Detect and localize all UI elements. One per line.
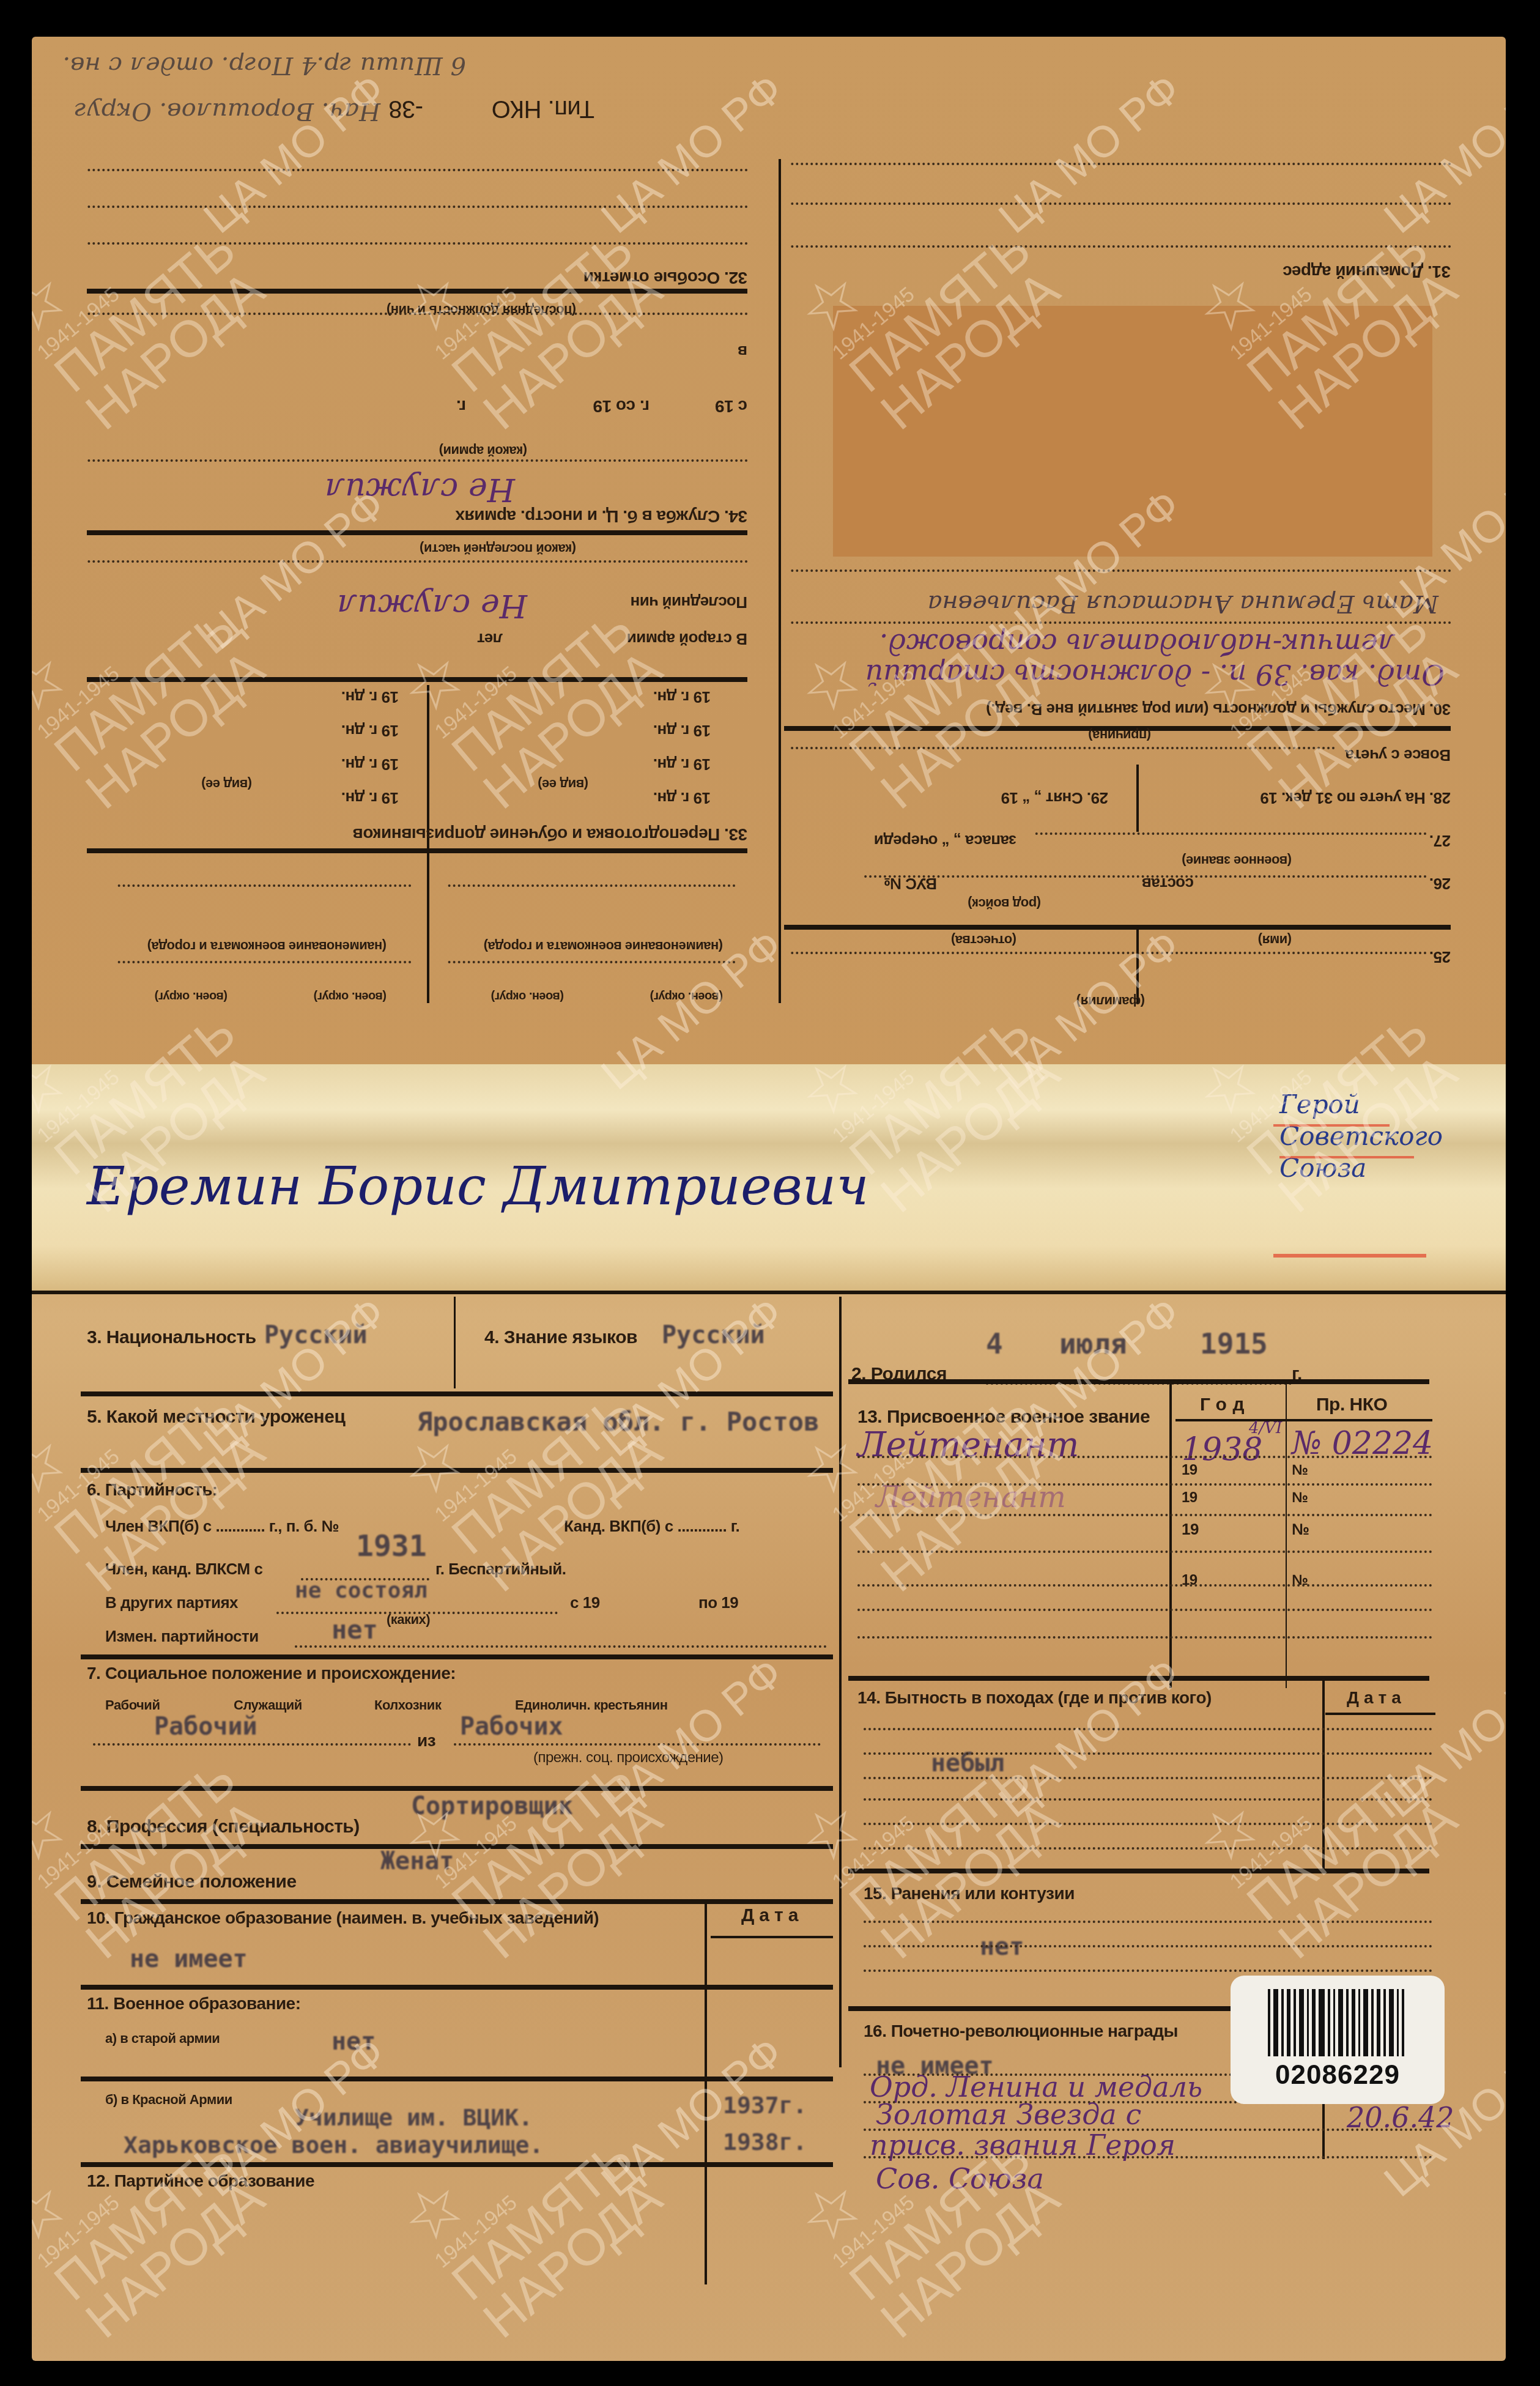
item-9-label: 9. Семейное положение (87, 1872, 297, 1892)
red-army-edu-date-1: 1937г. (723, 2092, 807, 2119)
redacted-block (833, 306, 1432, 557)
row-num-4: № (1292, 1520, 1309, 1539)
item-13-year-header: Год (1200, 1395, 1251, 1415)
item-4-label: 4. Знание языков (484, 1327, 637, 1348)
row-year-2: 19 (1182, 1462, 1198, 1479)
personnel-card: Тип. НКО -38 Нач. Ворошилов. Округ 6 Шиш… (32, 37, 1506, 2361)
reserve-label: запаса „ “ очереди (874, 831, 1016, 850)
upside-down-section: Тип. НКО -38 Нач. Ворошилов. Округ 6 Шиш… (32, 37, 1506, 1064)
okrug-hint-3: (воен. округ) (314, 989, 387, 1003)
archive-watermark: ЦА МО РФ (592, 1648, 793, 1828)
origin-hint: (прежн. соц. происхождение) (533, 1749, 724, 1766)
item-33-row-7: 19 г. дн. (341, 755, 399, 774)
item-33-row-4: 19 г. дн. (653, 788, 711, 807)
item-30-handwritten-1: Отд. кав. 39 п. - должность старший (865, 658, 1445, 691)
barcode-number: 02086229 (1275, 2060, 1400, 2091)
other-parties-hint: (каких) (387, 1612, 430, 1628)
item-13-order-header: Пр. НКО (1316, 1395, 1387, 1415)
change-party-label: Измен. партийности (105, 1627, 259, 1646)
item-6-label: 6. Партийность: (87, 1480, 218, 1500)
item-2-month: июля (1059, 1327, 1127, 1360)
archive-watermark: ЦА МО РФ (194, 1287, 395, 1467)
item-12-label: 12. Партийное образование (87, 2171, 314, 2191)
rank-year-note: 4/VI (1249, 1419, 1282, 1437)
option-collective-farmer: Колхозник (374, 1697, 441, 1713)
composition-label: состав (1142, 874, 1194, 893)
position-hint: (последняя должность и чин) (387, 302, 576, 318)
vkpb-candidate: Канд. ВКП(б) с ............ г. (564, 1517, 739, 1536)
item-34-from-suffix: г. со 19 (593, 396, 650, 416)
award-line-4: Сов. Союза (876, 2162, 1044, 2195)
name-strip: Еремин Борис Дмитриевич Герой Советского… (32, 1064, 1506, 1291)
item-15-label: 15. Ранения или контузии (864, 1884, 1075, 1903)
red-army-edu-line-1: Училище им. ВЦИК. (295, 2104, 533, 2131)
annotation-line-1: Герой (1279, 1089, 1443, 1121)
item-7-label: 7. Социальное положение и происхождение: (87, 1664, 456, 1683)
item-33-row-8: 19 г. дн. (341, 788, 399, 807)
archive-watermark: ЦА МО РФ (592, 1287, 793, 1467)
last-unit-hint: (какой последней части) (420, 541, 576, 557)
old-army-edu-value: нет (331, 2028, 376, 2056)
item-32-label: 32. Особые отметки (583, 268, 747, 287)
mother-handwritten: Мать Еремина Анастасия Васильевна (928, 590, 1438, 618)
vlksm-year: 1931 (356, 1529, 427, 1563)
item-34-from: с 19 (716, 396, 748, 416)
item-29-label: 29. Снят „ “ 19 (1001, 788, 1108, 807)
other-parties-from: с 19 (570, 1593, 600, 1612)
origin-value: Рабочих (460, 1713, 563, 1741)
hero-annotation: Герой Советского Союза (1279, 1089, 1443, 1184)
item-7-value: Рабочий (154, 1713, 257, 1741)
red-army-edu-line-2: Харьковское воен. авиаучилище. (124, 2132, 543, 2158)
printer-mark: Тип. НКО (492, 95, 594, 122)
from-label: из (417, 1731, 435, 1751)
army-hint: (какой армии) (439, 443, 527, 459)
row-year-3: 19 (1182, 1489, 1198, 1506)
item-14-label: 14. Бытность в походах (где и против ког… (857, 1688, 1212, 1708)
item-28-label: 28. На учете по 31 дек. 19 (1261, 788, 1451, 807)
project-watermark: ☆1941-1945ПАМЯТЬНАРОДА (32, 2068, 275, 2346)
item-10-date-header: Дата (741, 1905, 803, 1926)
surname-hint: (фамилия) (1076, 993, 1145, 1009)
komissariat-hint-2: (наименование военкомата и города) (147, 938, 387, 954)
last-rank-label: Последний чин (631, 593, 747, 612)
item-33-hint: (вид ее) (538, 776, 588, 792)
item-13-label: 13. Присвоенное военное звание (857, 1407, 1150, 1428)
old-army-edu-label: а) в старой армии (105, 2031, 220, 2047)
project-watermark: ☆1941-1945ПАМЯТЬНАРОДА (390, 1322, 672, 1599)
handwritten-note-1: Нач. Ворошилов. Округ (75, 97, 380, 125)
vlksm-label: Член, канд. ВЛКСМ с (105, 1560, 262, 1579)
item-33-label: 33. Переподготовка и обучение допризывни… (353, 824, 747, 844)
item-3-value: Русский (264, 1321, 368, 1349)
other-parties-label: В других партиях (105, 1593, 238, 1612)
other-parties-to: по 19 (698, 1593, 738, 1612)
item-16-label: 16. Почетно-революционные награды (864, 2021, 1178, 2041)
item-2-day: 4 (986, 1327, 1003, 1360)
red-army-edu-date-2: 1938г. (723, 2129, 807, 2155)
item-34-label: 34. Служба в б. Ц. и иностр. армиях (456, 506, 747, 526)
item-34-handwritten: Не служил (325, 471, 515, 508)
item-33-row-2: 19 г. дн. (653, 721, 711, 740)
other-parties-value: не состоял (295, 1578, 428, 1603)
option-peasant: Единоличн. крестьянин (515, 1697, 668, 1713)
item-33-row-6: 19 г. дн. (341, 721, 399, 740)
item-25-label: 25. (1429, 947, 1451, 966)
item-8-value: Сортировщик (411, 1792, 573, 1820)
item-4-value: Русский (662, 1321, 765, 1349)
item-14-date-header: Дата (1347, 1688, 1406, 1708)
old-army-handwritten: Не служил (337, 587, 527, 624)
item-8-label: 8. Профессия (специальность) (87, 1817, 360, 1837)
item-31-label: 31. Домашний адрес (1283, 262, 1451, 281)
project-watermark: ☆1941-1945ПАМЯТЬНАРОДА (1185, 1689, 1467, 1966)
printer-number: -38 (389, 95, 423, 122)
rank-value: Лейтенант (857, 1425, 1079, 1465)
old-army-years: лет (477, 629, 503, 648)
row-num-3: № (1292, 1489, 1308, 1506)
row-num-2: № (1292, 1462, 1308, 1479)
full-name: Еремин Борис Дмитриевич (87, 1156, 869, 1217)
name-hint: (имя) (1258, 932, 1292, 948)
item-33-row-5: 19 г. дн. (341, 687, 399, 706)
vkpb-member: Член ВКП(б) с ............ г., п. б. № (105, 1517, 339, 1536)
item-33-row-1: 19 г. дн. (653, 687, 711, 706)
option-employee: Служащий (234, 1697, 302, 1713)
change-party-value: нет (331, 1615, 378, 1645)
item-9-value: Женат (380, 1847, 454, 1875)
item-27-hint: (военное звание) (1182, 853, 1292, 869)
okrug-hint-1: (воен. округ) (650, 989, 723, 1003)
vlksm-suffix: г. Беспартийный. (435, 1560, 566, 1579)
item-34-in-label: в (738, 342, 747, 361)
patronymic-hint: (отчества) (951, 932, 1016, 948)
vus-label: ВУС № (884, 874, 937, 893)
komissariat-hint-1: (наименование военкомата и города) (484, 938, 723, 954)
item-33-row-3: 19 г. дн. (653, 755, 711, 774)
award-line-2: Золотая Звезда с (876, 2098, 1141, 2131)
item-5-value: Ярославская обл. г. Ростов (417, 1407, 819, 1437)
item-30-label: 30. Место службы и должность (или род за… (987, 700, 1451, 719)
item-3-label: 3. Национальность (87, 1327, 256, 1348)
item-5-label: 5. Какой местности уроженец (87, 1407, 345, 1428)
removal-label: Вовсе с учета (1346, 746, 1451, 765)
removal-hint: (причина) (1089, 727, 1151, 743)
project-watermark: ☆1941-1945ПАМЯТЬНАРОДА (788, 1689, 1070, 1966)
item-27-label: 27. (1429, 831, 1451, 850)
troop-hint: (род войск) (968, 895, 1041, 911)
item-2-year: 1915 (1200, 1327, 1268, 1360)
item-10-value: не имеет (130, 1945, 248, 1973)
option-worker: Рабочий (105, 1697, 160, 1713)
barcode-label: 02086229 (1231, 1976, 1445, 2104)
red-army-edu-label: б) в Красной Армии (105, 2092, 232, 2108)
item-10-label: 10. Гражданское образование (наимен. в. … (87, 1908, 599, 1928)
item-34-year-suffix: г. (456, 396, 466, 416)
okrug-hint-2: (воен. округ) (491, 989, 564, 1003)
item-33-hint-2: (вид ее) (202, 776, 252, 792)
barcode-icon (1268, 1989, 1407, 2056)
project-watermark: ☆1941-1945ПАМЯТЬНАРОДА (32, 1322, 275, 1599)
item-26-label: 26. (1429, 874, 1451, 893)
old-army-label: В старой армии (627, 629, 747, 648)
item-30-handwritten-2: летчик-наблюдатель сопровожд. (879, 628, 1396, 661)
handwritten-note-2: 6 Шиши гр.4 Погр. отдел с нв. (62, 51, 466, 80)
row-year-4: 19 (1182, 1520, 1199, 1539)
okrug-hint-4: (воен. округ) (155, 989, 228, 1003)
item-11-label: 11. Военное образование: (87, 1994, 301, 2014)
